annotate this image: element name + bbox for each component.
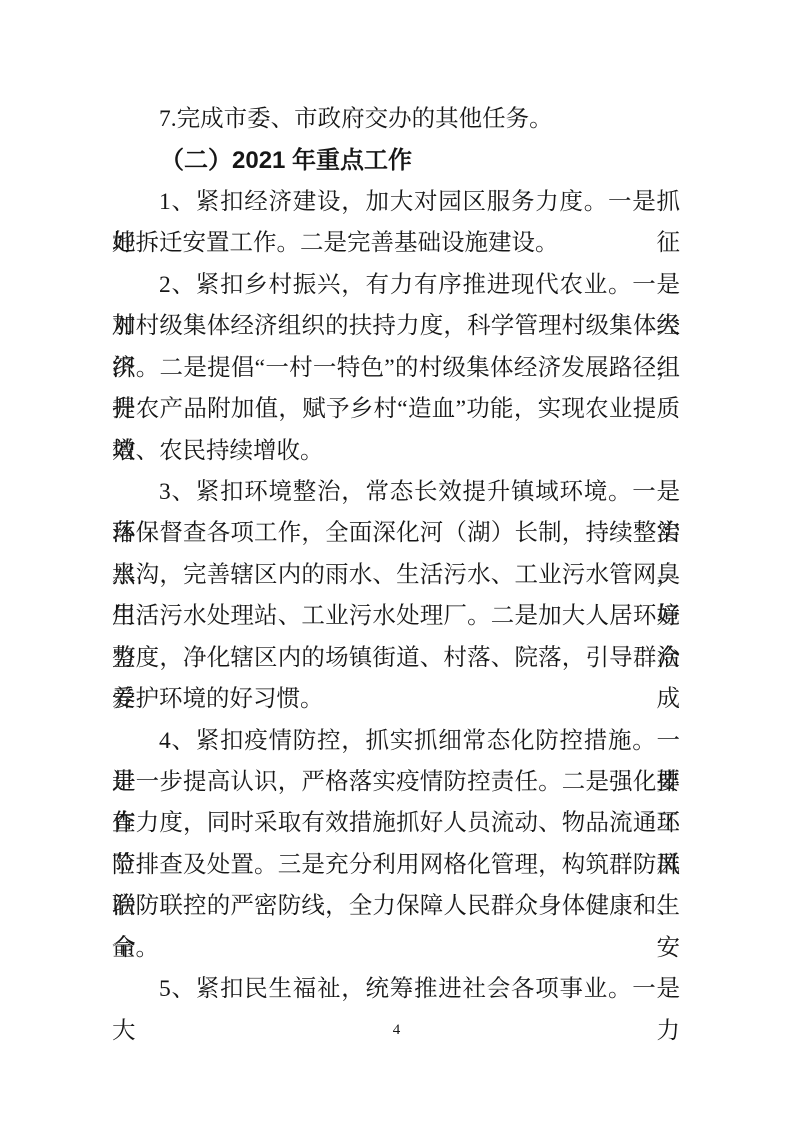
paragraph: 4、紧扣疫情防控，抓实抓细常态化防控措施。一是要进一步提高认识，严格落实疫情防控… — [112, 721, 680, 970]
document-body: 7.完成市委、市政府交办的其他任务。（二）2021 年重点工作1、紧扣经济建设，… — [112, 99, 680, 1011]
paragraph: 5、紧扣民生福祉，统筹推进社会各项事业。一是大力 — [112, 969, 680, 1010]
paragraph: 7.完成市委、市政府交办的其他任务。 — [112, 99, 680, 140]
text-line: 作力度，同时采取有效措施抓好人员流动、物品流通环节风 — [112, 803, 680, 844]
paragraph: 2、紧扣乡村振兴，有力有序推进现代农业。一是加大对村级集体经济组织的扶持力度，科… — [112, 265, 680, 472]
text-line: 险排查及处置。三是充分利用网格化管理，构筑群防群治、 — [112, 845, 680, 886]
section-heading: （二）2021 年重点工作 — [112, 140, 680, 181]
text-line: 水沟，完善辖区内的雨水、生活污水、工业污水管网，用好 — [112, 555, 680, 596]
text-line: 环保督查各项工作，全面深化河（湖）长制，持续整治黑臭 — [112, 513, 680, 554]
document-page: 7.完成市委、市政府交办的其他任务。（二）2021 年重点工作1、紧扣经济建设，… — [0, 0, 793, 1122]
paragraph: 3、紧扣环境整治，常态长效提升镇域环境。一是落实环保督查各项工作，全面深化河（湖… — [112, 472, 680, 721]
page-number: 4 — [0, 1016, 793, 1044]
text-line: 生活污水处理站、工业污水处理厂。二是加大人居环境整治 — [112, 596, 680, 637]
text-line: 力度，净化辖区内的场镇街道、村落、院落，引导群众养成 — [112, 638, 680, 679]
text-line: 效、农民持续增收。 — [112, 431, 680, 472]
text-line: 4、紧扣疫情防控，抓实抓细常态化防控措施。一是要 — [112, 721, 680, 762]
paragraph: 1、紧扣经济建设，加大对园区服务力度。一是抓好征地拆迁安置工作。二是完善基础设施… — [112, 182, 680, 265]
text-line: 3、紧扣环境整治，常态长效提升镇域环境。一是落实 — [112, 472, 680, 513]
text-line: （二）2021 年重点工作 — [112, 140, 680, 181]
text-line: 进一步提高认识，严格落实疫情防控责任。二是强化排查工 — [112, 762, 680, 803]
text-line: 联防联控的严密防线，全力保障人民群众身体健康和生命安 — [112, 886, 680, 927]
text-line: 7.完成市委、市政府交办的其他任务。 — [112, 99, 680, 140]
text-line: 对村级集体经济组织的扶持力度，科学管理村级集体经济组 — [112, 306, 680, 347]
text-line: 2、紧扣乡村振兴，有力有序推进现代农业。一是加大 — [112, 265, 680, 306]
text-line: 升农产品附加值，赋予乡村“造血”功能，实现农业提质增 — [112, 389, 680, 430]
text-line: 1、紧扣经济建设，加大对园区服务力度。一是抓好征 — [112, 182, 680, 223]
text-line: 5、紧扣民生福祉，统筹推进社会各项事业。一是大力 — [112, 969, 680, 1010]
text-line: 织。二是提倡“一村一特色”的村级集体经济发展路径，提 — [112, 348, 680, 389]
